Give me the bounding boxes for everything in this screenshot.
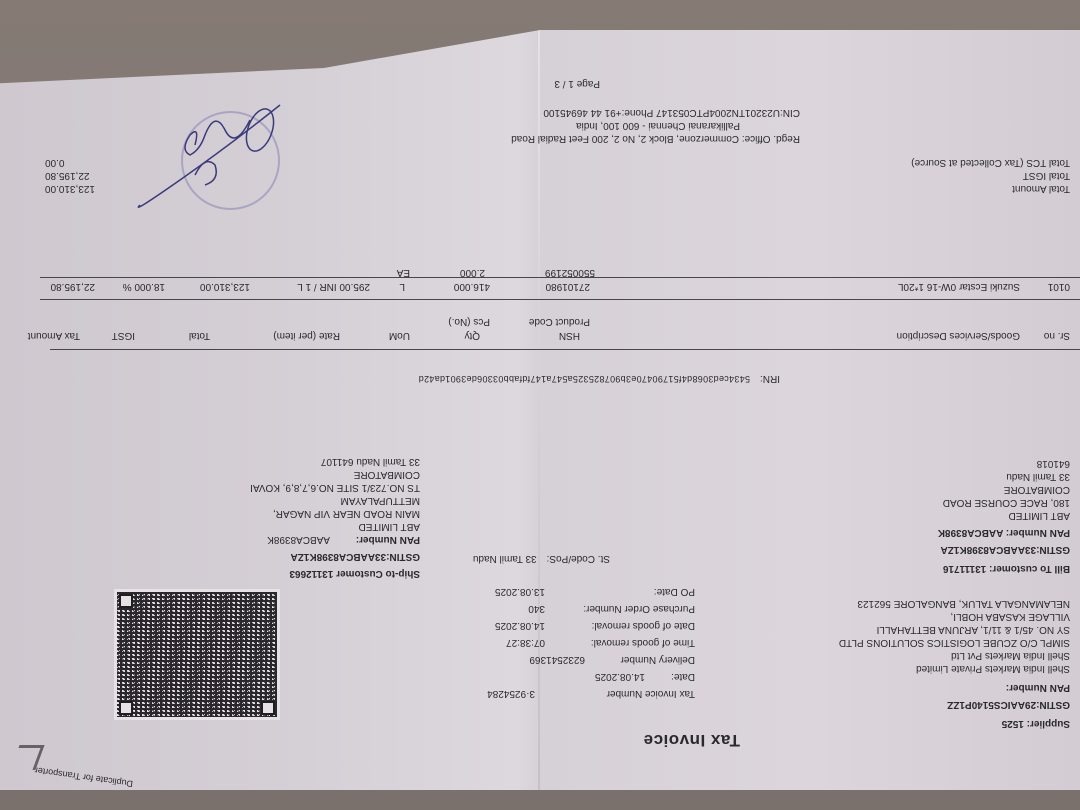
meta-row-date: Date: 14.08.2025: [487, 670, 695, 683]
total-amount-value: 123,310.00: [45, 182, 95, 195]
col-igst: IGST: [112, 329, 135, 342]
col-description: Goods/Services Description: [897, 329, 1020, 342]
ship-to-address-line: 33 Tamil Nadu 641107: [250, 455, 420, 468]
supplier-address-line: SIMPL C/O ZCUBE LOGISTICS SOLUTIONS PLTD: [839, 636, 1070, 649]
col-uom: UoM: [389, 329, 410, 342]
irn-label: IRN:: [760, 372, 780, 385]
table-row: 0101 Suzuki Ecstar 0W-16 1*20L 27101980 …: [30, 263, 1070, 293]
meta-label: Date:: [655, 670, 695, 683]
ship-to-address-line: ABT LIMITED: [250, 520, 420, 533]
total-tcs-label: Total TCS (Tax Collected at Source): [911, 156, 1070, 169]
bill-to-pan: PAN Number: AABCA8398K: [938, 526, 1070, 539]
meta-row-delivery: Delivery Number 6232541369: [487, 653, 695, 666]
signature: [130, 95, 290, 215]
bill-to-address-line: 33 Tamil Nadu: [938, 470, 1070, 483]
supplier-gstin: GSTIN:29AAICS5140P1ZZ: [839, 698, 1070, 711]
supplier-heading: Supplier: 1525: [839, 717, 1070, 730]
cell-hsn: 27101980: [546, 280, 591, 293]
totals-values: 123,310.00 22,195.80 0.00: [45, 156, 95, 195]
meta-row-date-removal: Date of goods removal: 14.08.2025: [487, 619, 695, 632]
bill-to-address-line: 180, RACE COURSE ROAD: [938, 496, 1070, 509]
supplier-address-line: Shell India Markets Pvt Ltd: [839, 649, 1070, 662]
cell-qty: 416.000: [454, 280, 490, 293]
ship-to-gstin: GSTIN:33AABCA8398K1ZA: [250, 550, 420, 563]
meta-label: Time of goods removal:: [555, 636, 695, 649]
col-qty: Qty: [464, 329, 480, 342]
meta-label: Date of goods removal:: [555, 619, 695, 632]
bill-to-block: Bill To customer: 13111716 GSTIN:33AABCA…: [938, 457, 1070, 575]
state-code-label: St. Code/PoS:: [547, 552, 610, 565]
cell-tax-amount: 22,195.80: [51, 280, 96, 293]
meta-label: Tax Invoice Number: [545, 687, 695, 700]
cell-total: 123,310.00: [200, 280, 250, 293]
ship-to-block: Ship-to Customer 13112663 GSTIN:33AABCA8…: [250, 455, 420, 580]
cell-uom: L: [399, 280, 405, 293]
cell-rate: 295.00 INR / 1 L: [297, 280, 370, 293]
cell-igst: 18.000 %: [123, 280, 165, 293]
meta-row-invoice-number: Tax Invoice Number 3·9254284: [487, 687, 695, 700]
col-product-code: Product Code: [529, 315, 590, 328]
table-row-rule: [40, 277, 1080, 278]
ship-to-pan-label: PAN Number:: [340, 533, 420, 546]
meta-value: 6232541369: [529, 653, 585, 666]
bill-to-heading: Bill To customer: 13111716: [938, 562, 1070, 575]
meta-value: 07:38:27: [506, 636, 545, 649]
footer: Regd. Office: Commerzone, Block 2, No 2,…: [511, 106, 800, 145]
total-tcs-value: 0.00: [45, 156, 95, 169]
ship-to-address-line: COIMBATORE: [250, 468, 420, 481]
total-amount-label: Total Amount: [911, 182, 1070, 195]
meta-label: PO Date:: [555, 585, 695, 598]
meta-row-po-date: PO Date: 13.08.2025: [487, 585, 695, 598]
meta-value: 340: [528, 602, 545, 615]
irn-value: 5434ced3068d4f51790470e3b907825325a547a1…: [418, 372, 750, 385]
cell-sr-no: 0101: [1048, 280, 1070, 293]
meta-row-time-removal: Time of goods removal: 07:38:27: [487, 636, 695, 649]
meta-label: Purchase Order Number:: [555, 602, 695, 615]
total-igst-value: 22,195.80: [45, 169, 95, 182]
footer-line: CIN:U23201TN2004PTC053147 Phone:+91 44 4…: [511, 106, 800, 119]
total-igst-label: Total IGST: [911, 169, 1070, 182]
page-number: Page 1 / 3: [554, 77, 600, 90]
col-hsn: HSN: [559, 329, 580, 342]
table-top-rule: [50, 349, 1080, 350]
ship-to-heading: Ship-to Customer 13112663: [250, 567, 420, 580]
col-total: Total: [189, 329, 210, 342]
invoice-paper: Duplicate for Transporter Tax Invoice Su…: [0, 30, 1080, 790]
meta-row-po-number: Purchase Order Number: 340: [487, 602, 695, 615]
state-code-value: 33 Tamil Nadu: [473, 552, 537, 565]
footer-line: Pallikaranai Chennai - 600 100, India: [511, 119, 800, 132]
meta-value: 14.08.2025: [495, 619, 545, 632]
supplier-address-line: VILLAGE KASABA HOBLI,: [839, 610, 1070, 623]
qr-finder: [119, 594, 133, 608]
bill-to-gstin: GSTIN:33AABCA8398K1ZA: [938, 543, 1070, 556]
bill-to-address-line: ABT LIMITED: [938, 509, 1070, 522]
ship-to-pan: PAN Number: AABCA8398K: [250, 533, 420, 546]
ship-to-address-line: TS NO.723/1 SITE NO.6,7,8,9, KOVAI: [250, 481, 420, 494]
meta-value: 3·9254284: [487, 687, 535, 700]
irn: IRN: 5434ced3068d4f51790470e3b907825325a…: [418, 372, 780, 385]
table-header-rule: [40, 299, 1080, 300]
totals-labels: Total Amount Total IGST Total TCS (Tax C…: [911, 156, 1070, 195]
qr-finder: [119, 701, 133, 715]
col-tax-amount: Tax Amount: [28, 329, 80, 342]
ship-to-pan-value: AABCA8398K: [267, 533, 330, 546]
bill-to-address-line: COIMBATORE: [938, 483, 1070, 496]
meta-value: 14.08.2025: [595, 670, 645, 683]
table-header: Sr. no Goods/Services Description HSN Pr…: [50, 306, 1070, 342]
invoice-title: Tax Invoice: [643, 730, 740, 750]
col-sr-no: Sr. no: [1044, 329, 1070, 342]
supplier-address-line: SY NO. 45/1 & 11/1, ARJUNA BETTAHALLI: [839, 623, 1070, 636]
state-code: St. Code/PoS: 33 Tamil Nadu: [473, 552, 610, 565]
ship-to-address-line: MAIN ROAD NEAR VIP NAGAR,: [250, 507, 420, 520]
footer-line: Regd. Office: Commerzone, Block 2, No 2,…: [511, 132, 800, 145]
qr-finder: [261, 701, 275, 715]
meta-value: 13.08.2025: [495, 585, 545, 598]
meta-label: Delivery Number: [595, 653, 695, 666]
supplier-address-line: NELAMANGALA TALUK, BANGALORE 562123: [839, 597, 1070, 610]
col-pcs: Pcs (No.): [448, 315, 490, 328]
supplier-block: Supplier: 1525 GSTIN:29AAICS5140P1ZZ PAN…: [839, 597, 1070, 730]
supplier-pan: PAN Number:: [839, 681, 1070, 694]
ship-to-address-line: METTUPALAYAM: [250, 494, 420, 507]
copy-label: Duplicate for Transporter: [34, 763, 134, 790]
cell-description: Suzuki Ecstar 0W-16 1*20L: [898, 280, 1020, 293]
invoice-meta: Tax Invoice Number 3·9254284 Date: 14.08…: [487, 585, 695, 700]
col-rate: Rate (per item): [273, 329, 340, 342]
invoice-qr-code: [114, 589, 280, 720]
supplier-address-line: Shell India Markets Private Limited: [839, 662, 1070, 675]
bill-to-address-line: 641018: [938, 457, 1070, 470]
